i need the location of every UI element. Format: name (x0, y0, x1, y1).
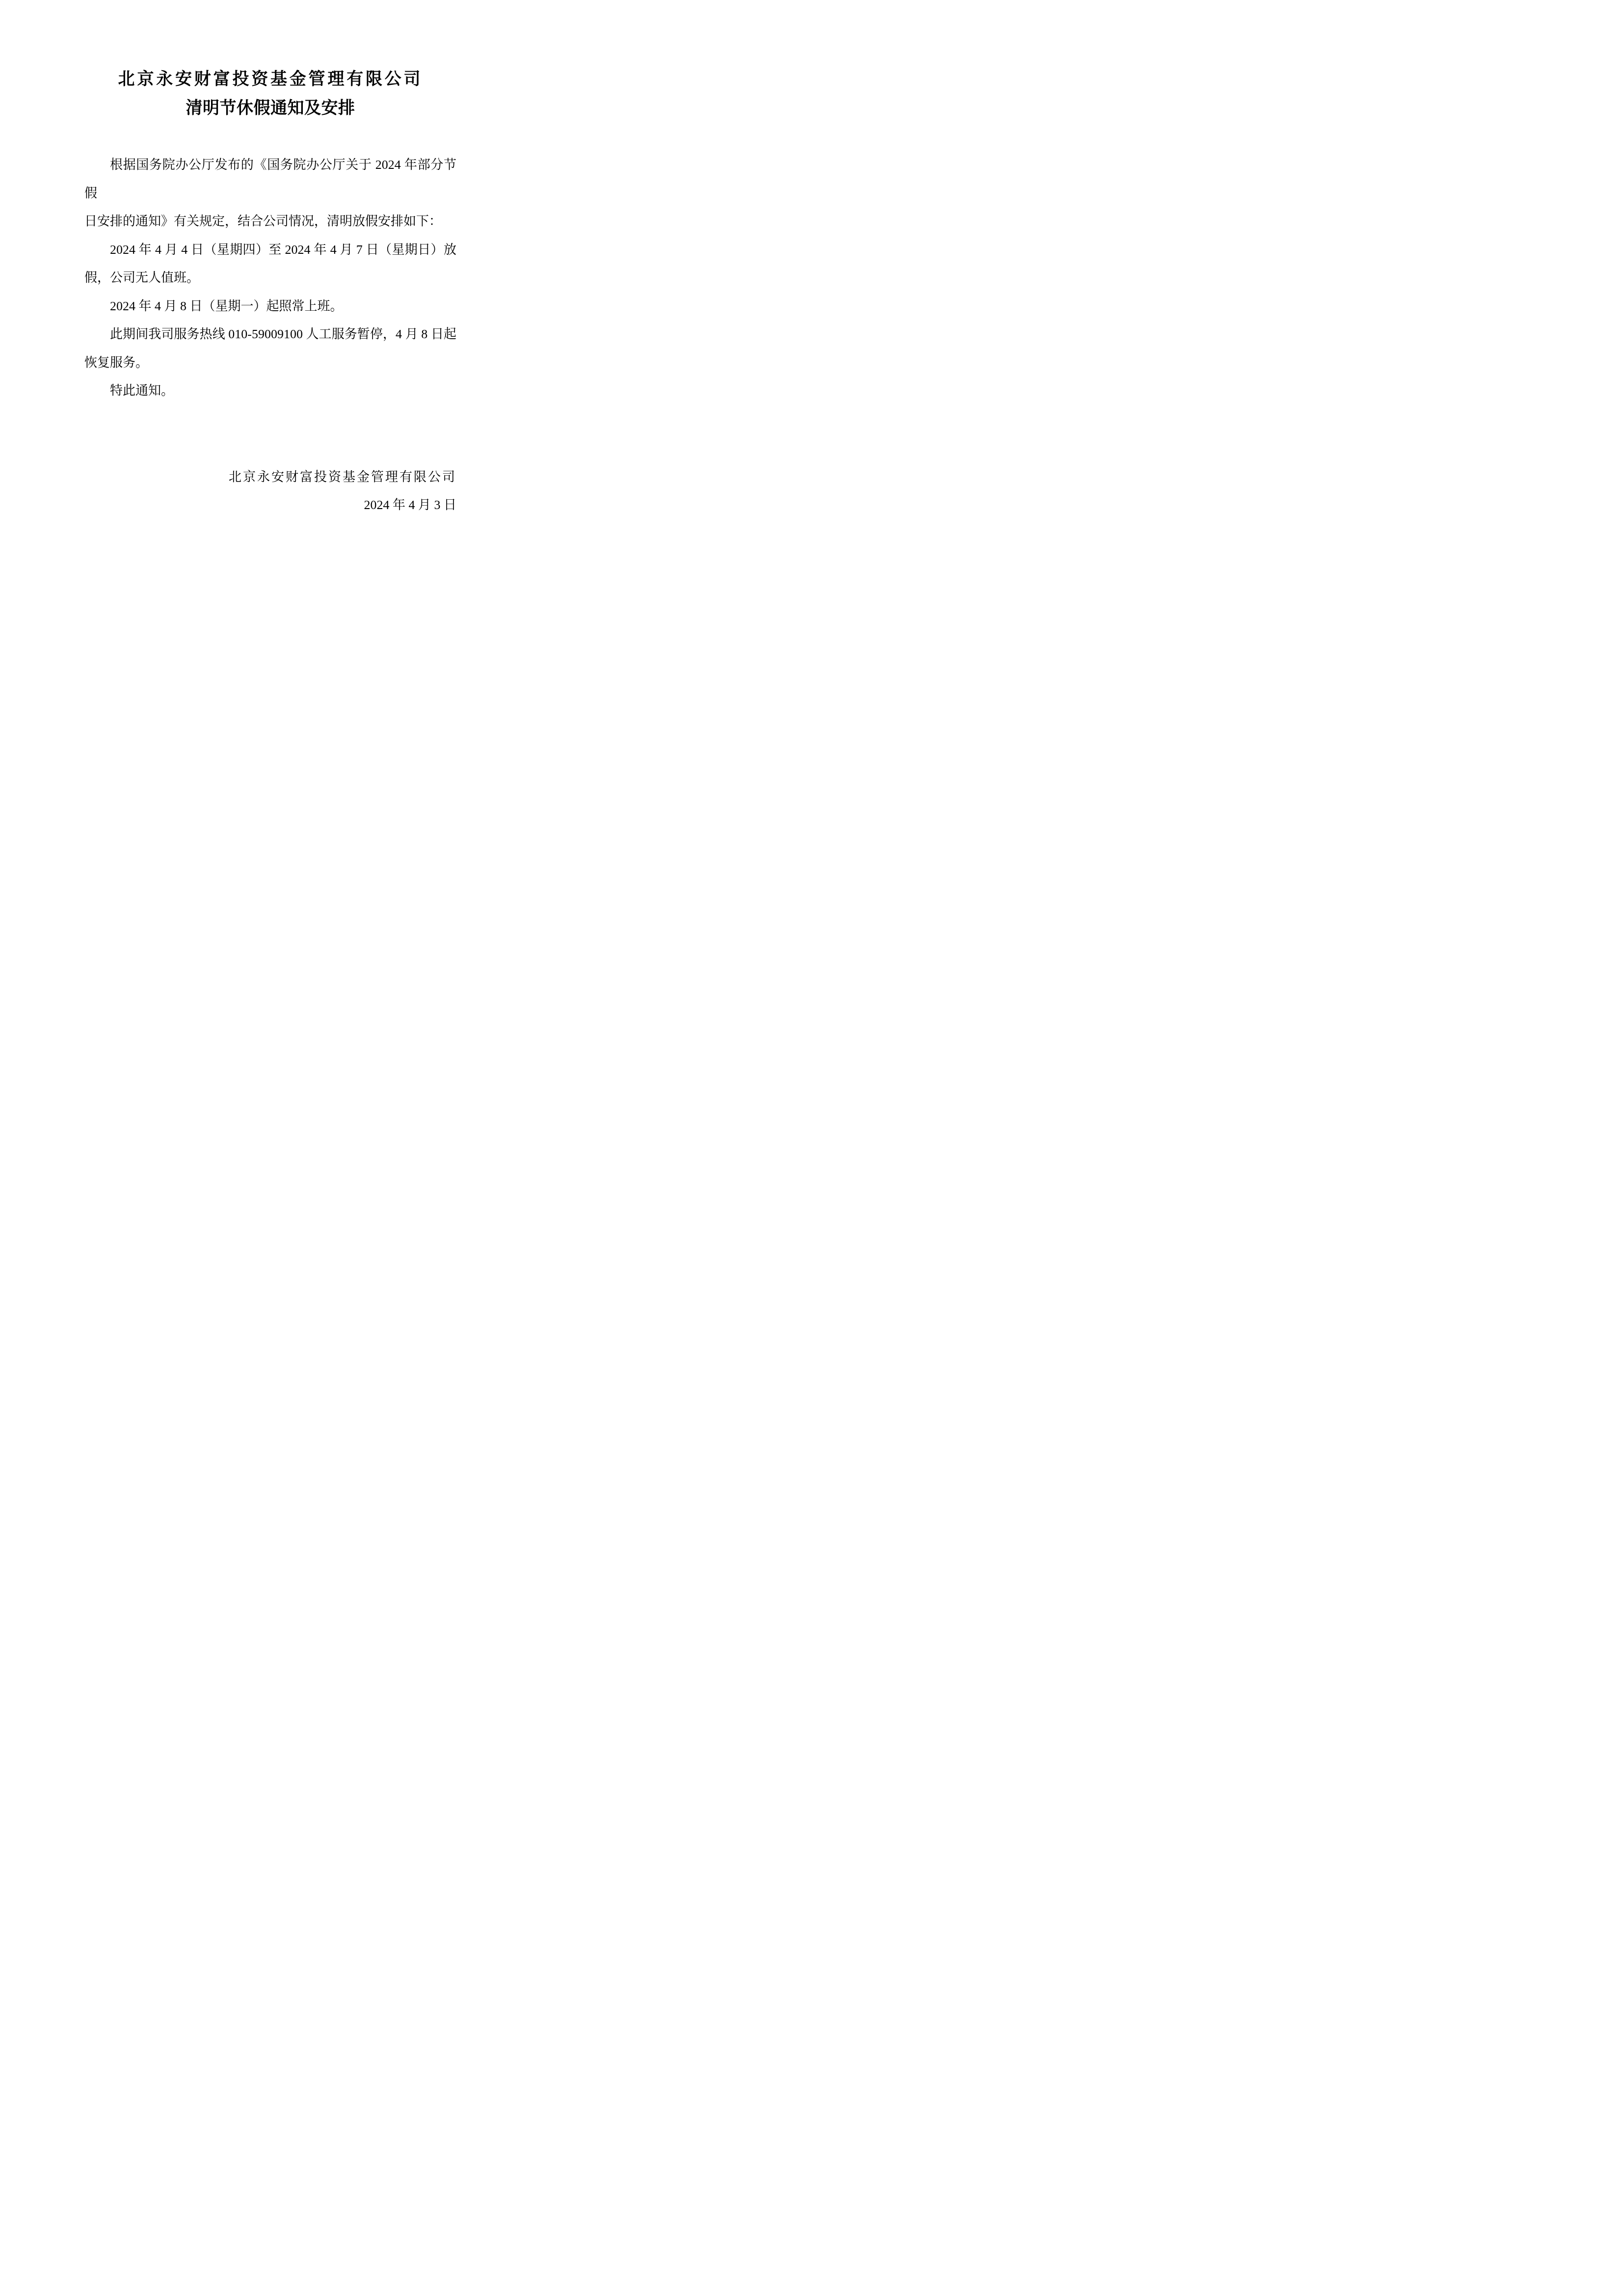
body-line-4: 假，公司无人值班。 (84, 264, 456, 292)
signature-date: 2024 年 4 月 3 日 (84, 491, 456, 519)
signature-block: 北京永安财富投资基金管理有限公司 2024 年 4 月 3 日 (84, 463, 456, 519)
body-line-1: 根据国务院办公厅发布的《国务院办公厅关于 2024 年部分节假 (84, 151, 456, 207)
body-line-2: 日安排的通知》有关规定，结合公司情况，清明放假安排如下： (84, 207, 456, 236)
document-title-line-1: 北京永安财富投资基金管理有限公司 (84, 65, 456, 94)
body-line-6: 此期间我司服务热线 010-59009100 人工服务暂停，4 月 8 日起 (84, 320, 456, 349)
body-line-8: 特此通知。 (84, 377, 456, 405)
body-line-3: 2024 年 4 月 4 日（星期四）至 2024 年 4 月 7 日（星期日）… (84, 236, 456, 264)
body-line-5: 2024 年 4 月 8 日（星期一）起照常上班。 (84, 292, 456, 321)
document-page: 北京永安财富投资基金管理有限公司 清明节休假通知及安排 根据国务院办公厅发布的《… (0, 0, 541, 765)
document-title: 北京永安财富投资基金管理有限公司 清明节休假通知及安排 (84, 65, 456, 123)
document-body: 根据国务院办公厅发布的《国务院办公厅关于 2024 年部分节假 日安排的通知》有… (84, 151, 456, 405)
signature-company: 北京永安财富投资基金管理有限公司 (84, 463, 456, 491)
document-title-line-2: 清明节休假通知及安排 (84, 94, 456, 123)
body-line-7: 恢复服务。 (84, 349, 456, 377)
